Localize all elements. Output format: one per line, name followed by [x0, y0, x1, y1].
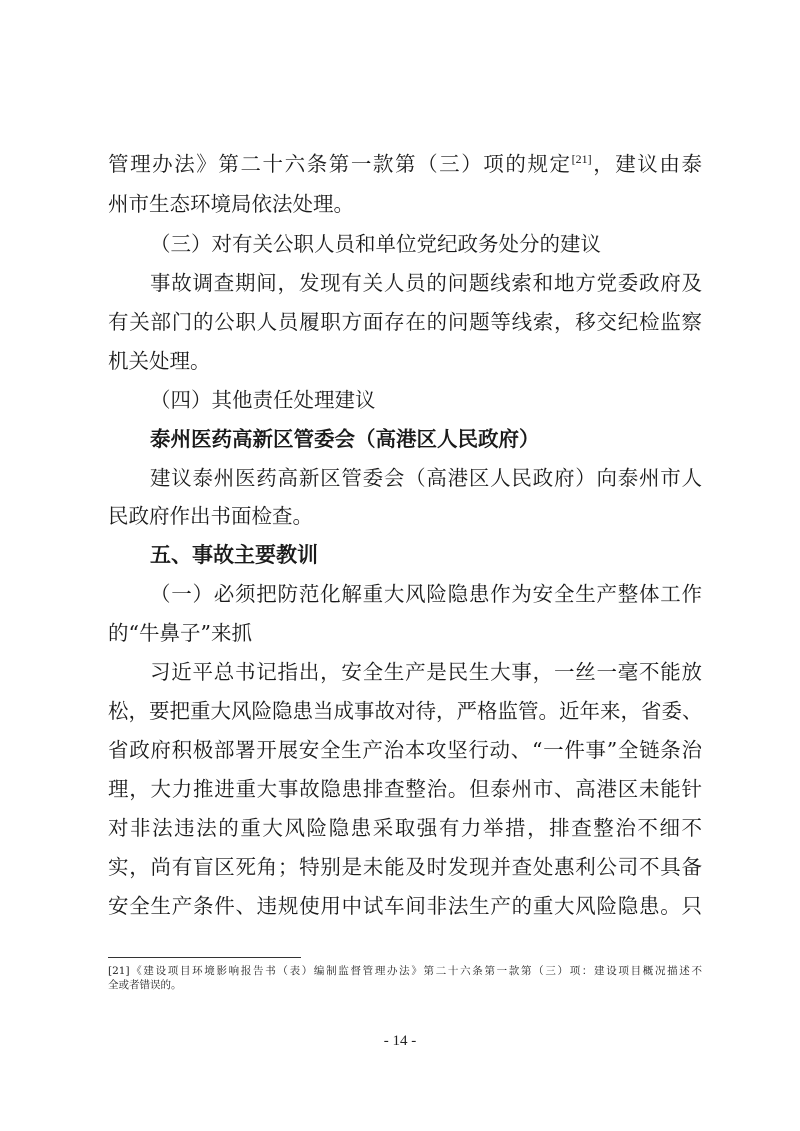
subsection-heading: （三）对有关公职人员和单位党纪政务处分的建议 — [150, 231, 702, 257]
paragraph-line: 机关处理。 — [108, 348, 702, 374]
paragraph-line: 省政府积极部署开展安全生产治本攻坚行动、“一件事”全链条治 — [108, 737, 702, 763]
subsection-heading: （一）必须把防范化解重大风险隐患作为安全生产整体工作 — [150, 581, 702, 607]
paragraph-line: 松，要把重大风险隐患当成事故对待，严格监管。近年来，省委、 — [108, 698, 702, 724]
paragraph-line: 州市生态环境局依法处理。 — [108, 191, 702, 217]
paragraph-line: 管理办法》第二十六条第一款第（三）项的规定[21]，建议由泰 — [108, 151, 702, 177]
footnote-separator — [108, 957, 301, 958]
paragraph-line: 习近平总书记指出，安全生产是民生大事，一丝一毫不能放 — [150, 659, 702, 685]
footnote-text: [21]《建设项目环境影响报告书（表）编制监督管理办法》第二十六条第一款第（三）… — [108, 964, 702, 978]
subsection-heading: （四）其他责任处理建议 — [150, 387, 702, 413]
footnote-text: 全或者错误的。 — [108, 978, 702, 992]
paragraph-line: 理，大力推进重大事故隐患排查整治。但泰州市、高港区未能针 — [108, 776, 702, 802]
section-heading: 五、事故主要教训 — [150, 542, 702, 568]
subsection-heading: 的“牛鼻子”来抓 — [108, 620, 702, 646]
page-number: - 14 - — [0, 1033, 800, 1050]
paragraph-line: 安全生产条件、违规使用中试车间非法生产的重大风险隐患。只 — [108, 893, 702, 919]
document-page: 管理办法》第二十六条第一款第（三）项的规定[21]，建议由泰 州市生态环境局依法… — [0, 0, 800, 1131]
paragraph-line: 事故调查期间，发现有关人员的问题线索和地方党委政府及 — [150, 270, 702, 296]
paragraph-line: 建议泰州医药高新区管委会（高港区人民政府）向泰州市人 — [150, 465, 702, 491]
paragraph-line: 有关部门的公职人员履职方面存在的问题等线索，移交纪检监察 — [108, 309, 702, 335]
footnote-reference[interactable]: [21] — [572, 152, 592, 166]
paragraph-line: 对非法违法的重大风险隐患采取强有力举措，排查整治不细不 — [108, 815, 702, 841]
paragraph-line: 实，尚有盲区死角；特别是未能及时发现并查处惠利公司不具备 — [108, 854, 702, 880]
text-segment: 管理办法》第二十六条第一款第（三）项的规定 — [108, 152, 572, 176]
paragraph-line: 民政府作出书面检查。 — [108, 503, 702, 529]
entity-heading: 泰州医药高新区管委会（高港区人民政府） — [150, 426, 702, 452]
text-segment: ，建议由泰 — [592, 152, 702, 176]
